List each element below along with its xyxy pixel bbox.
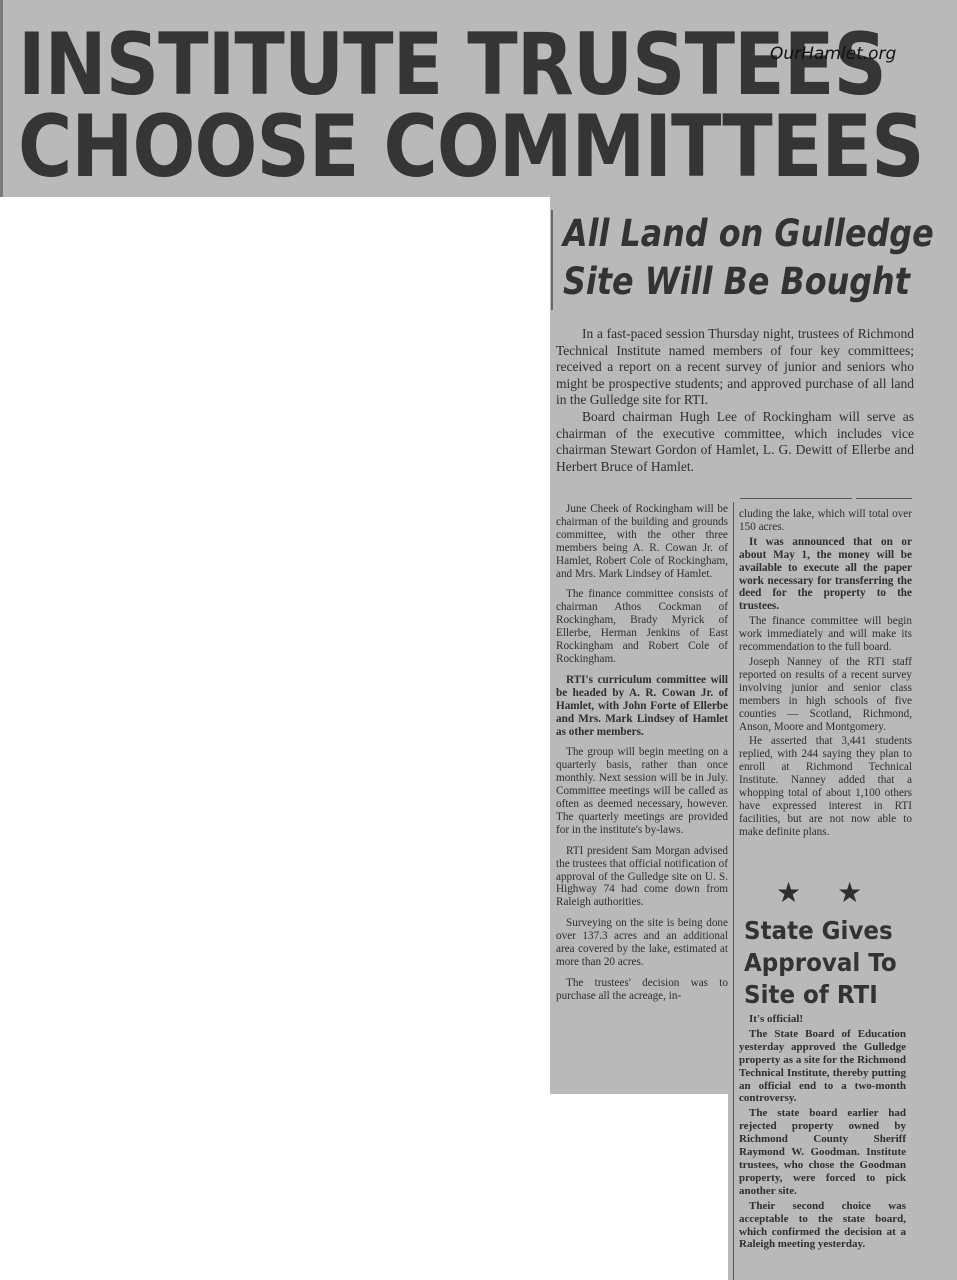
column-divider bbox=[733, 502, 734, 1280]
article-paragraph: cluding the lake, which will total over … bbox=[739, 508, 912, 534]
article-paragraph: June Cheek of Rockingham will be chairma… bbox=[556, 503, 728, 580]
sidebar-headline: State Gives Approval To Site of RTI bbox=[744, 915, 897, 1011]
sidebar-headline-line-3: Site of RTI bbox=[744, 980, 878, 1009]
article-paragraph: RTI president Sam Morgan advised the tru… bbox=[556, 845, 728, 910]
deck-line-1: All Land on Gulledge bbox=[563, 212, 934, 255]
sidebar-paragraph: The State Board of Education yesterday a… bbox=[739, 1028, 906, 1105]
sidebar-paragraph: It's official! bbox=[739, 1013, 906, 1026]
article-paragraph: Joseph Nanney of the RTI staff reported … bbox=[739, 656, 912, 733]
article-paragraph: The finance committee will begin work im… bbox=[739, 615, 912, 654]
sidebar-headline-line-2: Approval To bbox=[744, 948, 897, 977]
sidebar-paragraph: The state board earlier had rejected pro… bbox=[739, 1107, 906, 1197]
article-column-left: June Cheek of Rockingham will be chairma… bbox=[556, 503, 728, 1011]
main-headline-line-2: CHOOSE COMMITTEES bbox=[18, 104, 924, 190]
sidebar-headline-line-1: State Gives bbox=[744, 916, 893, 945]
article-paragraph: The trustees' decision was to purchase a… bbox=[556, 977, 728, 1003]
sidebar-paragraph: Their second choice was acceptable to th… bbox=[739, 1200, 906, 1252]
lede-paragraph: Board chairman Hugh Lee of Rockingham wi… bbox=[556, 409, 914, 475]
divider-rule bbox=[856, 498, 912, 499]
article-paragraph: Surveying on the site is being done over… bbox=[556, 917, 728, 969]
article-paragraph: The group will begin meeting on a quarte… bbox=[556, 746, 728, 836]
column-rule bbox=[551, 210, 553, 310]
sidebar-article: It's official! The State Board of Educat… bbox=[739, 1013, 906, 1253]
deck-line-2: Site Will Be Bought bbox=[563, 260, 910, 303]
article-column-right: cluding the lake, which will total over … bbox=[739, 508, 912, 841]
main-headline-line-1: INSTITUTE TRUSTEES bbox=[18, 22, 886, 108]
article-paragraph: RTI's curriculum committee will be heade… bbox=[556, 674, 728, 739]
divider-rule bbox=[740, 498, 852, 499]
star-separator-icon: ★★ bbox=[776, 876, 898, 909]
article-paragraph: It was announced that on or about May 1,… bbox=[739, 536, 912, 613]
deck-headline: All Land on Gulledge Site Will Be Bought bbox=[563, 210, 934, 306]
article-paragraph: He asserted that 3,441 students replied,… bbox=[739, 735, 912, 838]
lede-paragraph: In a fast-paced session Thursday night, … bbox=[556, 326, 914, 409]
watermark: OurHamlet.org bbox=[770, 44, 896, 64]
lede: In a fast-paced session Thursday night, … bbox=[556, 326, 914, 475]
article-paragraph: The finance committee consists of chairm… bbox=[556, 588, 728, 665]
